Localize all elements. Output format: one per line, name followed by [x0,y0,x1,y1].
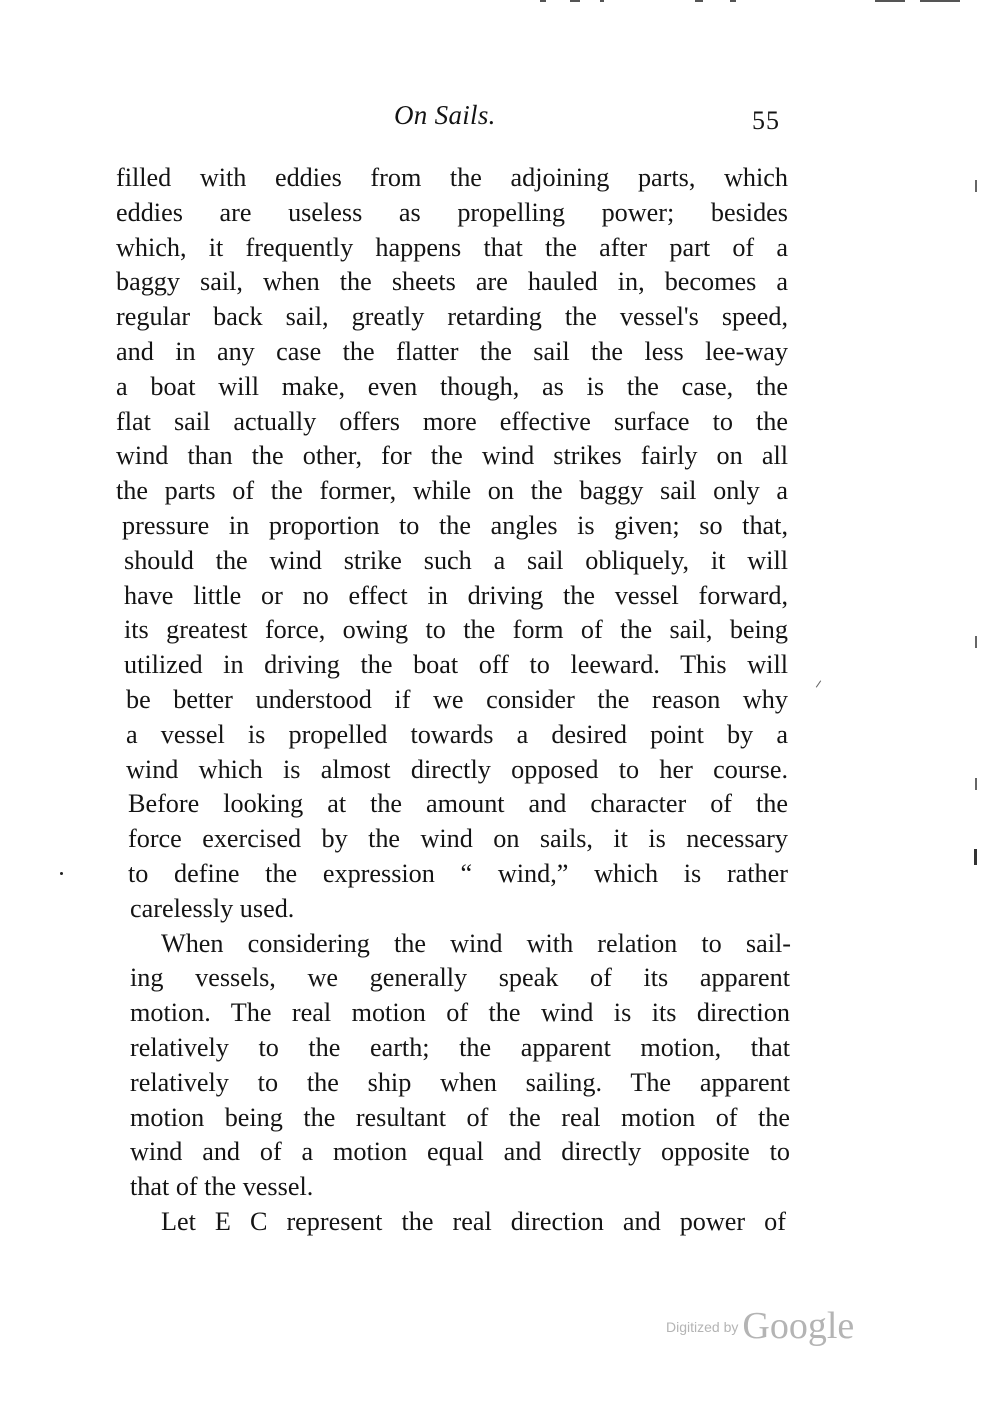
text-line: to define the expression “ wind,” which … [128,857,788,892]
text-line: force exercised by the wind on sails, it… [128,822,788,857]
text-line: and in any case the flatter the sail the… [116,335,788,370]
page-number: 55 [752,106,780,136]
text-line: regular back sail, greatly retarding the… [116,300,788,335]
text-line: which, it frequently happens that the af… [116,231,788,266]
margin-scan-mark [975,778,977,790]
text-line: motion being the resultant of the real m… [130,1101,790,1136]
running-head: On Sails. [394,100,496,131]
page-body: filled with eddies from the adjoining pa… [116,161,788,1240]
text-line: utilized in driving the boat off to leew… [124,648,788,683]
text-line: motion. The real motion of the wind is i… [130,996,790,1031]
margin-scan-mark [816,680,821,687]
text-line: wind and of a motion equal and directly … [130,1135,790,1170]
text-line: Before looking at the amount and charact… [128,787,788,822]
text-line: ing vessels, we generally speak of its a… [130,961,790,996]
text-line: should the wind strike such a sail obliq… [124,544,788,579]
text-line: a boat will make, even though, as is the… [116,370,788,405]
paragraph: filled with eddies from the adjoining pa… [116,161,788,927]
text-line: relatively to the ship when sailing. The… [130,1066,790,1101]
text-line: a vessel is propelled towards a desired … [126,718,788,753]
text-line: wind which is almost directly opposed to… [126,753,788,788]
margin-scan-mark [975,180,977,192]
text-line: pressure in proportion to the angles is … [122,509,788,544]
text-line: flat sail actually offers more effective… [116,405,788,440]
text-line: wind than the other, for the wind strike… [116,439,788,474]
margin-scan-mark [974,849,977,865]
google-logo-text: Google [742,1305,854,1347]
paragraph: Let E C represent the real direction and… [116,1205,788,1240]
text-line: baggy sail, when the sheets are hauled i… [116,265,788,300]
watermark-prefix: Digitized by [666,1319,738,1335]
text-line: eddies are useless as propelling power; … [116,196,788,231]
text-line: filled with eddies from the adjoining pa… [116,161,788,196]
paragraph: When considering the wind with relation … [116,927,788,1205]
text-line: its greatest force, owing to the form of… [124,613,788,648]
text-line: have little or no effect in driving the … [124,579,788,614]
text-line: relatively to the earth; the apparent mo… [130,1031,790,1066]
text-line: the parts of the former, while on the ba… [116,474,788,509]
text-line: that of the vessel. [130,1170,790,1205]
text-line: When considering the wind with relation … [116,927,791,962]
text-line: carelessly used. [130,892,788,927]
text-line: be better understood if we consider the … [126,683,788,718]
top-edge-scan-artifacts [530,0,960,3]
margin-scan-mark [975,636,977,648]
digitized-by-google-watermark: Digitized by Google [666,1304,854,1348]
text-line: Let E C represent the real direction and… [116,1205,786,1240]
stray-ink-dot [60,872,63,875]
